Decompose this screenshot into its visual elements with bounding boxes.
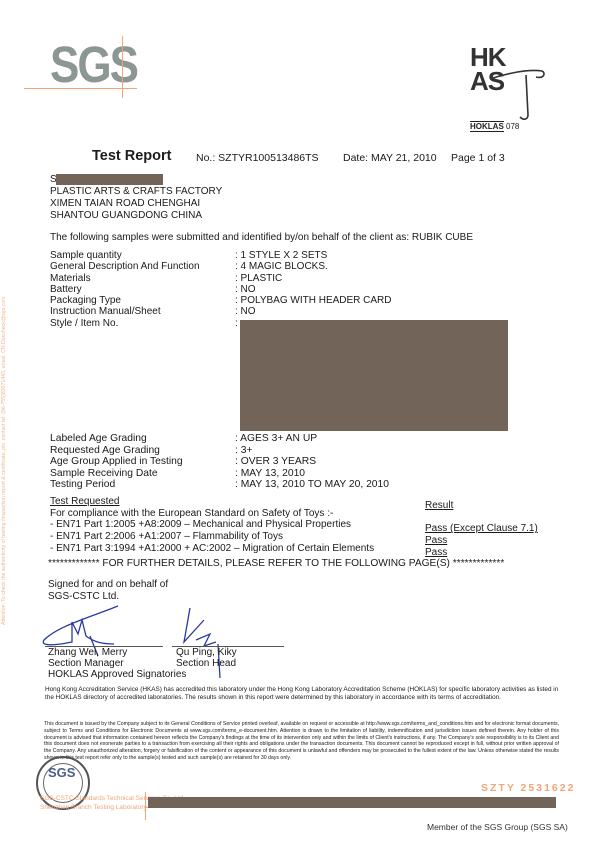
serial-number: SZTY 2531622 xyxy=(481,782,575,794)
redaction-style-item xyxy=(240,320,508,431)
sgs-logo: SGS xyxy=(50,37,137,95)
test-result: Pass xyxy=(425,535,538,547)
tests-requested: Test Requested For compliance with the E… xyxy=(50,496,374,555)
test-result: Pass (Except Clause 7.1) xyxy=(425,523,538,535)
age-fields: Labeled Age Grading: AGES 3+ AN UP Reque… xyxy=(50,433,389,491)
report-title: Test Report xyxy=(92,148,172,164)
sgs-group-member: Member of the SGS Group (SGS SA) xyxy=(427,822,568,832)
address-line: XIMEN TAIAN ROAD CHENGHAI xyxy=(50,198,222,210)
test-results: Result Pass (Except Clause 7.1) Pass Pas… xyxy=(425,500,538,559)
signatory-2: Qu Ping, Kiky Section Head xyxy=(176,647,237,670)
sample-fields: Sample quantity: 1 STYLE X 2 SETS Genera… xyxy=(50,250,392,329)
side-authenticity-notice: Attention: To check the authenticity of … xyxy=(1,613,7,625)
footer-rule-vertical xyxy=(145,792,146,820)
field-row: Packaging Type: POLYBAG WITH HEADER CARD xyxy=(50,295,392,306)
field-row: General Description And Function: 4 MAGI… xyxy=(50,261,392,272)
field-row: Sample quantity: 1 STYLE X 2 SETS xyxy=(50,250,392,261)
report-date: Date: MAY 21, 2010 xyxy=(343,152,437,164)
result-heading: Result xyxy=(425,500,538,512)
tests-intro: For compliance with the European Standar… xyxy=(50,508,374,520)
terms-disclaimer: This document is issued by the Company s… xyxy=(44,721,559,762)
page-indicator: Page 1 of 3 xyxy=(451,152,505,164)
logo-rule-horizontal xyxy=(24,88,137,89)
hkas-accreditation-note: Hong Kong Accreditation Service (HKAS) h… xyxy=(45,686,560,702)
further-details-note: ************* FOR FURTHER DETAILS, PLEAS… xyxy=(48,558,504,569)
field-row: Battery: NO xyxy=(50,284,392,295)
test-item: - EN71 Part 3:1994 +A1:2000 + AC:2002 – … xyxy=(50,543,374,555)
sample-intro: The following samples were submitted and… xyxy=(50,232,473,243)
address-line: SHANTOU GUANGDONG CHINA xyxy=(50,210,222,222)
field-row: Requested Age Grading: 3+ xyxy=(50,445,389,457)
report-number: No.: SZTYR100513486TS xyxy=(196,152,319,164)
field-row: Testing Period: MAY 13, 2010 TO MAY 20, … xyxy=(50,479,389,491)
field-row: Labeled Age Grading: AGES 3+ AN UP xyxy=(50,433,389,445)
logo-rule-vertical xyxy=(122,36,123,98)
signatory-1: Zhang Wei, Merry Section Manager xyxy=(48,647,127,670)
tests-heading: Test Requested xyxy=(50,496,374,508)
field-row: Sample Receiving Date: MAY 13, 2010 xyxy=(50,468,389,480)
test-item: - EN71 Part 1:2005 +A8:2009 – Mechanical… xyxy=(50,519,374,531)
field-row: Materials: PLASTIC xyxy=(50,273,392,284)
approved-signatories: HOKLAS Approved Signatories xyxy=(48,669,186,680)
redaction-footer-address xyxy=(148,797,556,808)
test-result: Pass xyxy=(425,547,538,559)
hkas-brush-icon xyxy=(488,63,548,123)
hoklas-mark: HOKLAS 078 xyxy=(470,122,519,131)
field-row: Instruction Manual/Sheet: NO xyxy=(50,306,392,317)
hkas-logo: HK AS HOKLAS 078 xyxy=(470,45,550,140)
field-row: Age Group Applied in Testing: OVER 3 YEA… xyxy=(50,456,389,468)
address-line: PLASTIC ARTS & CRAFTS FACTORY xyxy=(50,186,222,198)
signed-on-behalf: Signed for and on behalf of SGS-CSTC Ltd… xyxy=(48,579,168,602)
redaction-applicant-name xyxy=(56,174,163,185)
test-item: - EN71 Part 2:2006 +A1:2007 – Flammabili… xyxy=(50,531,374,543)
